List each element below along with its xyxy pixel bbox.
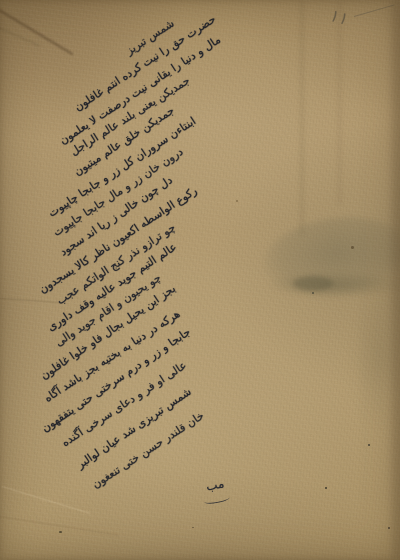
handwritten-text-block: شمس تبریزحضرت حق را نیت کرده انتم غافلون…: [0, 0, 400, 560]
manuscript-page: شمس تبریزحضرت حق را نیت کرده انتم غافلون…: [0, 0, 400, 560]
